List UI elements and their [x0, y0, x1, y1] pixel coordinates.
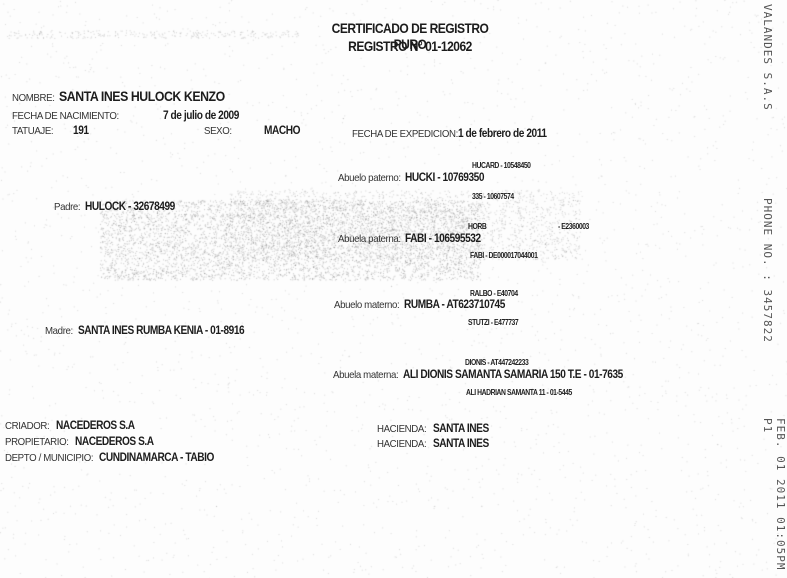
animal-name: SANTA INES HULOCK KENZO: [59, 88, 225, 104]
tattoo-value: 191: [73, 125, 89, 137]
tattoo-label-wrap: TATUAJE:: [12, 121, 57, 139]
name-label: NOMBRE:: [12, 92, 55, 104]
pat-grandfather-row: Abuelo paterno: HUCKI - 10769350: [338, 168, 494, 186]
farm-row-2: HACIENDA: SANTA INES: [377, 434, 496, 452]
owner-label: PROPIETARIO:: [5, 436, 69, 448]
tattoo-wrap: 191: [73, 121, 91, 139]
tattoo-label: TATUAJE:: [12, 125, 53, 137]
sex-wrap: MACHO: [264, 121, 305, 139]
dam-row: Madre: SANTA INES RUMBA KENIA - 01-8916: [45, 321, 267, 339]
mat-grandmother-row: Abuela materna: ALI DIONIS SAMANTA SAMAR…: [333, 365, 652, 383]
mat-gm-dam-wrap: ALI HADRIAN SAMANTA 11 - 01-5445: [466, 382, 590, 400]
dam-label: Madre:: [45, 325, 73, 337]
fax-sender: VALANDES S.A.S: [761, 4, 774, 111]
dam-value: SANTA INES RUMBA KENIA - 01-8916: [78, 325, 244, 337]
pat-grandfather: HUCKI - 10769350: [405, 172, 484, 184]
pat-gm-dam: FABI - DE000017044001: [470, 251, 537, 260]
pat-grandmother-label: Abuela paterna:: [338, 233, 401, 245]
farm-value-2: SANTA INES: [433, 438, 489, 450]
sex-label-wrap: SEXO:: [204, 121, 234, 139]
pat-gm-sire-id: - E2360003: [558, 222, 589, 231]
mat-grandmother: ALI DIONIS SAMANTA SAMARIA 150 T.E - 01-…: [403, 369, 623, 381]
name-row: NOMBRE: SANTA INES HULOCK KENZO: [12, 88, 247, 106]
mat-grandfather-label: Abuelo materno:: [334, 299, 399, 311]
mat-grandfather-row: Abuelo materno: RUMBA - AT623710745: [334, 295, 518, 313]
issue-date-row: FECHA DE EXPEDICION: 1 de febrero de 201…: [352, 124, 558, 142]
issue-date: 1 de febrero de 2011: [458, 128, 547, 140]
owner-value: NACEDEROS S.A: [75, 436, 154, 448]
pat-grandfather-label: Abuelo paterno:: [338, 172, 401, 184]
pat-gf-dam-wrap: 335 - 10607574: [472, 186, 521, 204]
location-label: DEPTO / MUNICIPIO:: [5, 452, 93, 464]
pat-gm-dam-wrap: FABI - DE000017044001: [470, 245, 549, 263]
location-row: DEPTO / MUNICIPIO: CUNDINAMARCA - TABIO: [5, 448, 230, 466]
sire-value: HULOCK - 32678499: [85, 201, 175, 213]
sire-row: Padre: HULOCK - 32678499: [54, 197, 187, 215]
issue-date-label: FECHA DE EXPEDICION:: [352, 128, 458, 140]
mat-grandfather: RUMBA - AT623710745: [404, 299, 505, 311]
sex-value: MACHO: [264, 125, 300, 137]
breeder-label: CRIADOR:: [5, 420, 49, 432]
scan-noise: [0, 0, 787, 578]
farm-label-2: HACIENDA:: [377, 438, 426, 450]
pat-gf-dam: 335 - 10607574: [472, 192, 514, 201]
pat-grandmother: FABI - 106595532: [405, 233, 481, 245]
pat-grandmother-row: Abuela paterna: FABI - 106595532: [338, 229, 491, 247]
fax-timestamp: FEB. 01 2011 01:05PM P1: [761, 418, 787, 578]
sire-label: Padre:: [54, 201, 80, 213]
registration-number: REGISTRO N° 01-12062: [315, 38, 504, 54]
mat-gm-dam: ALI HADRIAN SAMANTA 11 - 01-5445: [466, 388, 572, 397]
mat-gf-dam: STUTZI - E477737: [468, 318, 518, 327]
mat-grandmother-label: Abuela materna:: [333, 369, 398, 381]
breeder-value: NACEDEROS S.A: [56, 420, 135, 432]
fax-phone: PHONE NO. : 3457822: [761, 198, 774, 343]
mat-gf-dam-wrap: STUTZI - E477737: [468, 312, 527, 330]
pat-gm-sire-id-wrap: - E2360003: [558, 216, 594, 234]
location-value: CUNDINAMARCA - TABIO: [99, 452, 214, 464]
sex-label: SEXO:: [204, 125, 232, 137]
